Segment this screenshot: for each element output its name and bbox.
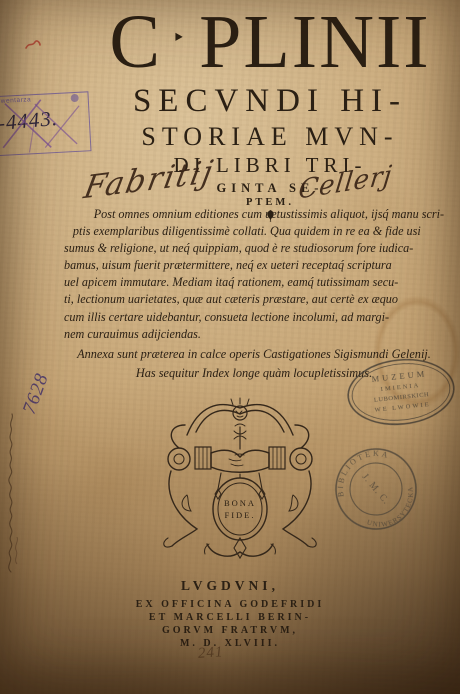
- preface-line: cum illis certare uidebantur, consueta l…: [64, 309, 436, 326]
- device-motto-line-2: FIDE.: [224, 510, 255, 520]
- imprint-year: M. D. XLVIII.: [30, 638, 430, 649]
- title-line-3: STORIAE MVN-: [80, 122, 460, 152]
- preface-line: nem curauimus adijciendas.: [64, 326, 436, 343]
- handwritten-number-241: 241: [197, 644, 224, 663]
- book-title-page-photo: C‣PLINII SECVNDI HI- STORIAE MVN- DI LIB…: [0, 0, 460, 694]
- imprint-line: EX OFFICINA GODEFRIDI: [30, 599, 430, 610]
- round-stamp-center: J. M. C.: [360, 472, 391, 507]
- title-initial: C: [109, 0, 162, 84]
- inventory-stamp: inwentarza -4443.: [0, 91, 91, 156]
- red-pencil-mark: [24, 38, 42, 52]
- preface-line: sumus & religione, ut neq́ quippiam, quo…: [64, 240, 436, 257]
- preface-line: bamus, uisum fuerit prætermittere, neq́ …: [64, 257, 436, 274]
- title-name: PLINII: [199, 0, 431, 84]
- cross-out-strokes: [0, 91, 91, 156]
- imprint-block: LVGDVNI, EX OFFICINA GODEFRIDI ET MARCEL…: [30, 578, 430, 649]
- preface-line: uel apicem immutare. Mediam itaq́ ration…: [64, 274, 436, 291]
- title-line-main: C‣PLINII: [80, 4, 460, 80]
- preface-line: Post omnes omnium editiones cum uetustis…: [94, 206, 437, 223]
- round-library-stamp: BIBLIOTEKA UNIWERSYTECKA J. M. C.: [313, 426, 440, 553]
- marginal-handwriting-vertical: [1, 388, 21, 578]
- preface-line: ptis exemplaribus diligentissimè collati…: [73, 223, 436, 240]
- preface-line: ti, lectionum uarietates, quæ aut cæteri…: [64, 291, 436, 308]
- title-line-2: SECVNDI HI-: [80, 83, 460, 120]
- imprint-line: GORVM FRATRVM,: [30, 625, 430, 636]
- title-separator-mark: ‣: [172, 25, 187, 50]
- printers-device-clasped-hands: BONA FIDE.: [149, 397, 331, 561]
- imprint-city: LVGDVNI,: [30, 578, 430, 594]
- oval-stamp-line: IMIENIA: [380, 382, 420, 393]
- imprint-line: ET MARCELLI BERIN-: [30, 612, 430, 623]
- device-motto-line-1: BONA: [224, 498, 256, 508]
- preface-paragraph: Post omnes omnium editiones cum uetustis…: [64, 206, 436, 343]
- oval-library-stamp: MUZEUM IMIENIA LUBOMIRSKICH WE LWOWIE: [340, 349, 460, 435]
